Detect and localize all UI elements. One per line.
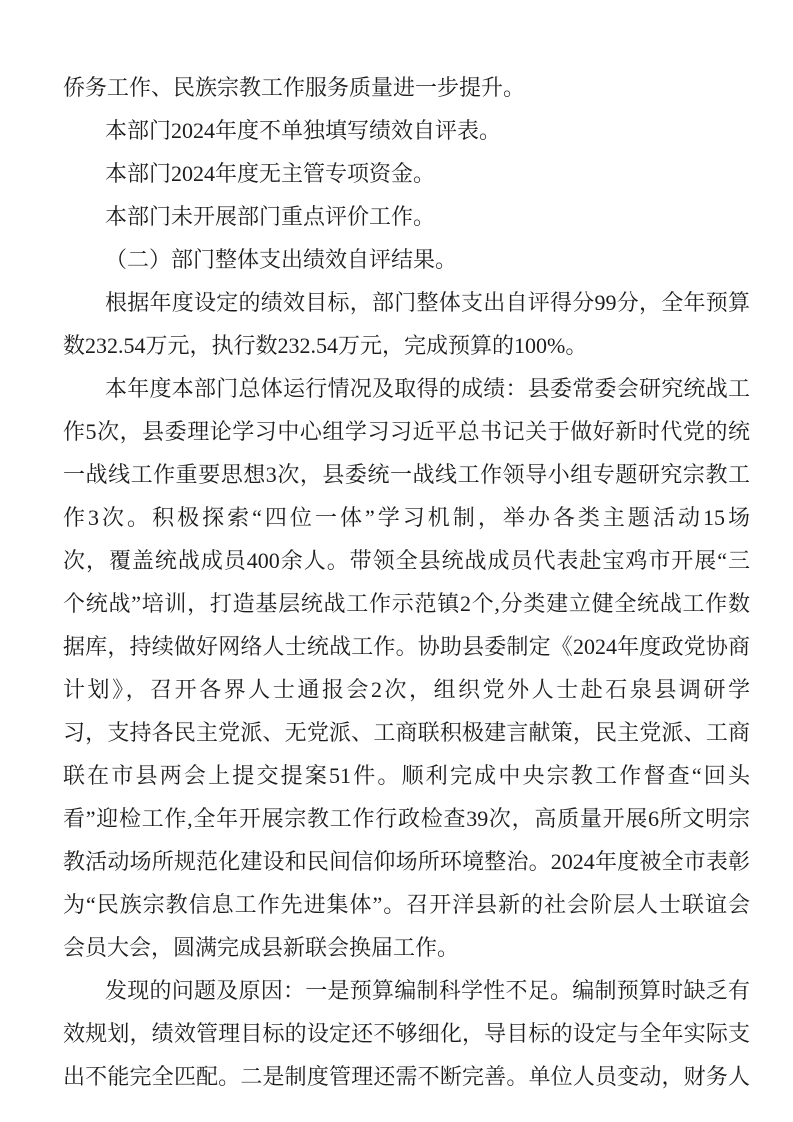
text-line: 发现的问题及原因：一是预算编制科学性不足。编制预算时缺乏有 xyxy=(63,969,750,1012)
text-line: 计划》，召开各界人士通报会2次，组织党外人士赴石泉县调研学 xyxy=(63,668,750,711)
text-line: 会员大会，圆满完成县新联会换届工作。 xyxy=(63,926,750,969)
text-line: 作3次。积极探索“四位一体”学习机制，举办各类主题活动15场 xyxy=(63,496,750,539)
text-line: 数232.54万元，执行数232.54万元，完成预算的100%。 xyxy=(63,324,750,367)
text-line: （二）部门整体支出绩效自评结果。 xyxy=(63,238,750,281)
text-line: 为“民族宗教信息工作先进集体”。召开洋县新的社会阶层人士联谊会 xyxy=(63,883,750,926)
document-page: 侨务工作、民族宗教工作服务质量进一步提升。本部门2024年度不单独填写绩效自评表… xyxy=(0,0,793,1122)
text-line: 出不能完全匹配。二是制度管理还需不断完善。单位人员变动，财务人 xyxy=(63,1055,750,1098)
text-line: 作5次，县委理论学习中心组学习习近平总书记关于做好新时代党的统 xyxy=(63,410,750,453)
text-line: 本部门未开展部门重点评价工作。 xyxy=(63,195,750,238)
text-line: 本年度本部门总体运行情况及取得的成绩：县委常委会研究统战工 xyxy=(63,367,750,410)
document-body: 侨务工作、民族宗教工作服务质量进一步提升。本部门2024年度不单独填写绩效自评表… xyxy=(63,66,750,1098)
text-line: 本部门2024年度无主管专项资金。 xyxy=(63,152,750,195)
text-line: 侨务工作、民族宗教工作服务质量进一步提升。 xyxy=(63,66,750,109)
text-line: 一战线工作重要思想3次，县委统一战线工作领导小组专题研究宗教工 xyxy=(63,453,750,496)
text-line: 联在市县两会上提交提案51件。顺利完成中央宗教工作督查“回头 xyxy=(63,754,750,797)
text-line: 教活动场所规范化建设和民间信仰场所环境整治。2024年度被全市表彰 xyxy=(63,840,750,883)
text-line: 效规划，绩效管理目标的设定还不够细化，导目标的设定与全年实际支 xyxy=(63,1012,750,1055)
text-line: 看”迎检工作,全年开展宗教工作行政检查39次，高质量开展6所文明宗 xyxy=(63,797,750,840)
text-line: 根据年度设定的绩效目标，部门整体支出自评得分99分，全年预算 xyxy=(63,281,750,324)
text-line: 本部门2024年度不单独填写绩效自评表。 xyxy=(63,109,750,152)
text-line: 据库，持续做好网络人士统战工作。协助县委制定《2024年度政党协商 xyxy=(63,625,750,668)
text-line: 次，覆盖统战成员400余人。带领全县统战成员代表赴宝鸡市开展“三 xyxy=(63,539,750,582)
text-line: 个统战”培训，打造基层统战工作示范镇2个,分类建立健全统战工作数 xyxy=(63,582,750,625)
text-line: 习，支持各民主党派、无党派、工商联积极建言献策，民主党派、工商 xyxy=(63,711,750,754)
